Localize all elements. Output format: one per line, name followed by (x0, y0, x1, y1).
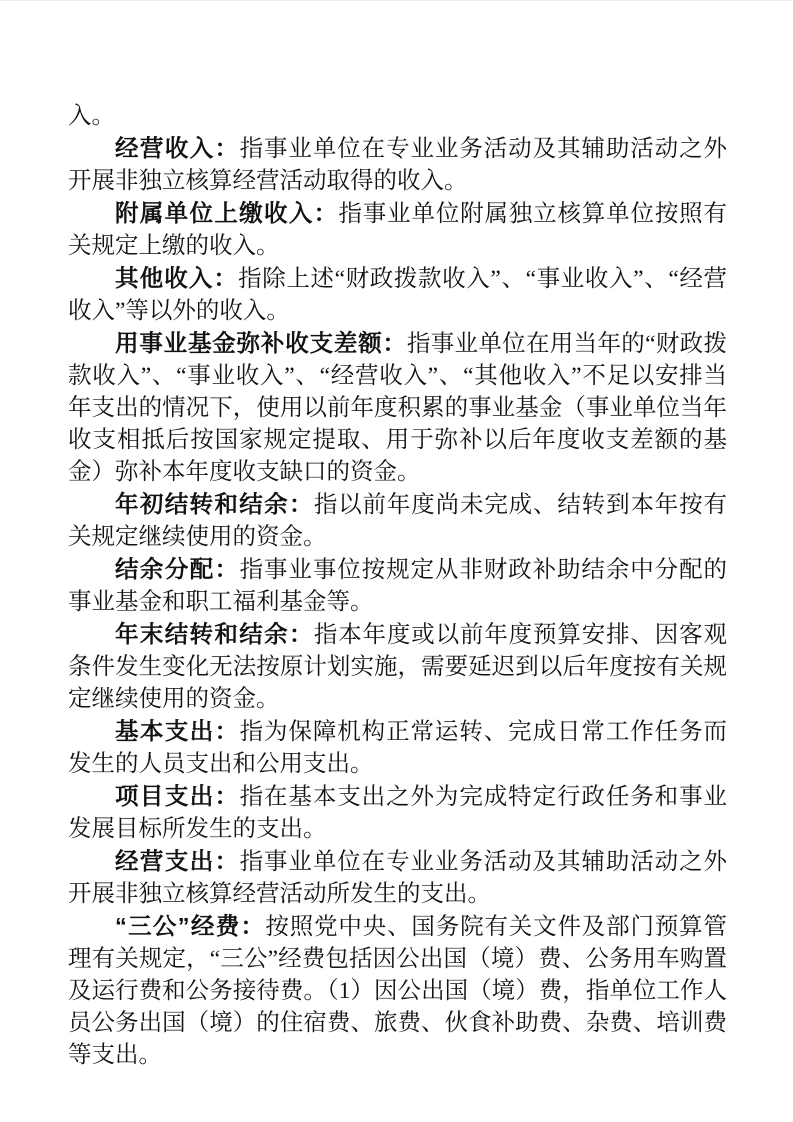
term-label: 基本支出： (115, 718, 240, 744)
continuation-text: 入。 (68, 103, 115, 129)
definition-paragraph: “三公”经费：按照党中央、国务院有关文件及部门预算管理有关规定，“三公”经费包括… (68, 910, 727, 1071)
definition-paragraph: 结余分配：指事业事位按规定从非财政补助结余中分配的事业基金和职工福利基金等。 (68, 553, 727, 618)
definition-paragraph: 附属单位上缴收入：指事业单位附属独立核算单位按照有关规定上缴的收入。 (68, 197, 727, 262)
definition-paragraph: 其他收入：指除上述“财政拨款收入”、“事业收入”、“经营收入”等以外的收入。 (68, 262, 727, 327)
term-label: 项目支出： (115, 783, 240, 809)
definition-paragraph: 基本支出：指为保障机构正常运转、完成日常工作任务而发生的人员支出和公用支出。 (68, 715, 727, 780)
term-label: 其他收入： (115, 265, 238, 291)
term-label: 年末结转和结余： (115, 621, 314, 647)
term-label: “三公”经费： (115, 913, 265, 939)
definition-paragraph: 年末结转和结余：指本年度或以前年度预算安排、因客观条件发生变化无法按原计划实施，… (68, 618, 727, 715)
definition-paragraph: 经营收入：指事业单位在专业业务活动及其辅助活动之外开展非独立核算经营活动取得的收… (68, 132, 727, 197)
paragraph-continuation: 入。 (68, 100, 727, 132)
document-page: 入。 经营收入：指事业单位在专业业务活动及其辅助活动之外开展非独立核算经营活动取… (0, 0, 793, 1122)
definition-paragraph: 经营支出：指事业单位在专业业务活动及其辅助活动之外开展非独立核算经营活动所发生的… (68, 845, 727, 910)
term-label: 结余分配： (115, 556, 240, 582)
term-label: 经营支出： (115, 848, 240, 874)
definition-paragraph: 年初结转和结余：指以前年度尚未完成、结转到本年按有关规定继续使用的资金。 (68, 488, 727, 553)
definition-paragraph: 项目支出：指在基本支出之外为完成特定行政任务和事业发展目标所发生的支出。 (68, 780, 727, 845)
term-label: 经营收入： (115, 135, 240, 161)
term-label: 附属单位上缴收入： (115, 200, 339, 226)
term-label: 用事业基金弥补收支差额： (115, 330, 407, 356)
term-label: 年初结转和结余： (115, 491, 314, 517)
definition-paragraph: 用事业基金弥补收支差额：指事业单位在用当年的“财政拨款收入”、“事业收入”、“经… (68, 327, 727, 488)
